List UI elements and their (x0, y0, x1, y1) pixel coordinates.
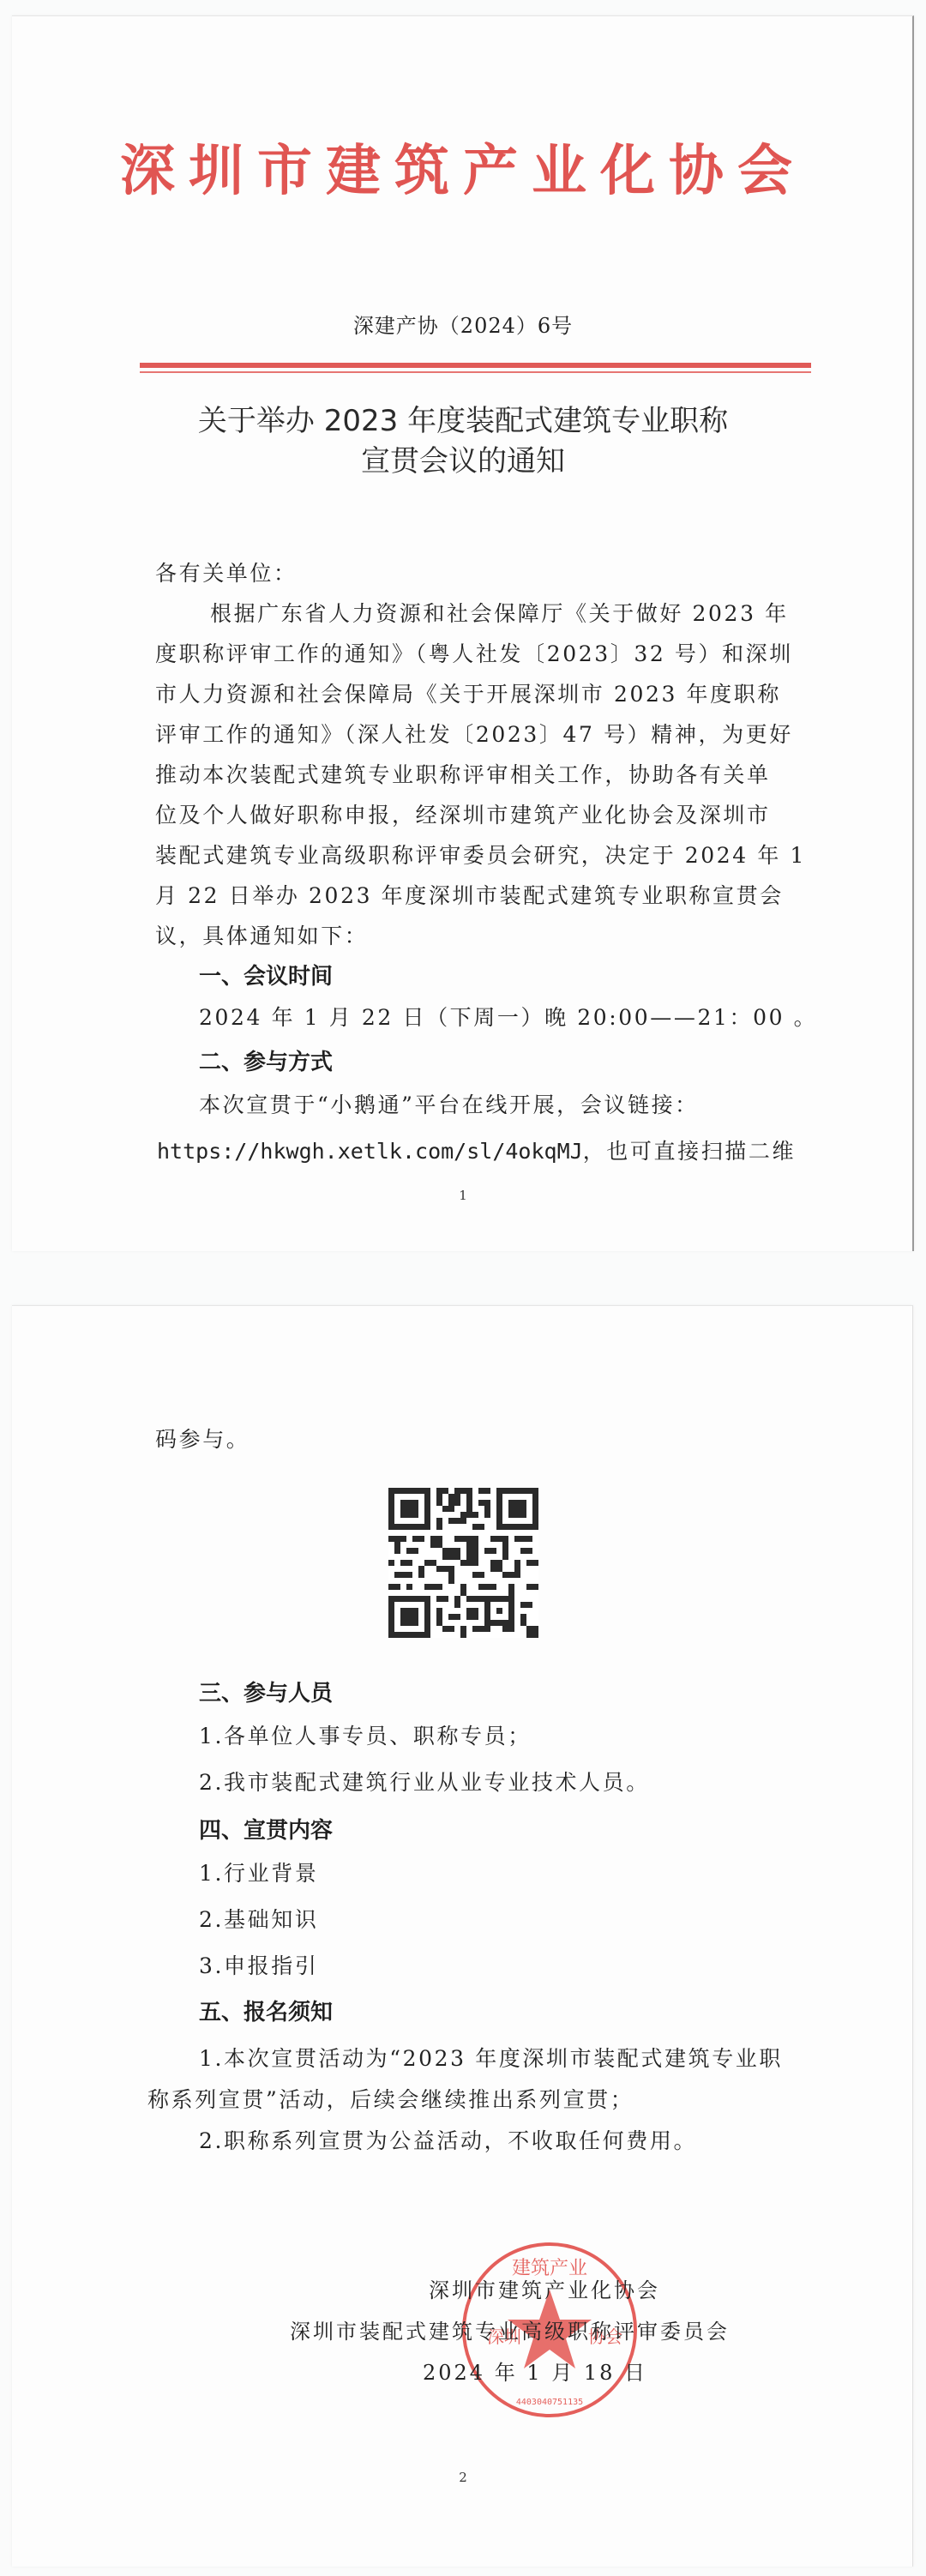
intro-line: 装配式建筑专业高级职称评审委员会研究，决定于 2024 年 1 (155, 841, 806, 870)
intro-line: 度职称评审工作的通知》（粤人社发〔2023〕32 号）和深圳 (155, 640, 793, 669)
content-item: 3.申报指引 (199, 1952, 318, 1981)
qr-code (388, 1488, 538, 1638)
meeting-link[interactable]: https://hkwgh.xetlk.com/sl/4okqMJ (157, 1139, 583, 1164)
section-heading-meeting-time: 一、会议时间 (199, 962, 333, 991)
section-heading-content: 四、宣贯内容 (199, 1816, 333, 1845)
content-item: 2.基础知识 (199, 1905, 318, 1935)
document-title-line-1: 关于举办 2023 年度装配式建筑专业职称 (0, 400, 926, 442)
section-heading-participation: 二、参与方式 (199, 1048, 333, 1077)
svg-text:4403040751135: 4403040751135 (516, 2398, 583, 2407)
intro-line: 市人力资源和社会保障局《关于开展深圳市 2023 年度职称 (155, 680, 781, 709)
participant-item: 2.我市装配式建筑行业从业专业技术人员。 (199, 1768, 650, 1797)
participation-text-continued: 码参与。 (155, 1425, 250, 1454)
section-heading-participants: 三、参与人员 (199, 1679, 333, 1708)
content-item: 1.行业背景 (199, 1859, 318, 1888)
salutation: 各有关单位： (155, 559, 298, 588)
intro-line: 评审工作的通知》（深人社发〔2023〕47 号）精神，为更好 (155, 720, 793, 749)
signature-org-1: 深圳市建筑产业化协会 (429, 2276, 660, 2305)
header-rule-thick (140, 363, 811, 368)
participation-text: 本次宣贯于“小鹅通”平台在线开展，会议链接： (199, 1091, 699, 1120)
signature-date: 2024 年 1 月 18 日 (423, 2358, 647, 2387)
header-rule-thin (140, 371, 811, 373)
meeting-time-text: 2024 年 1 月 22 日（下周一）晚 20:00——21：00 。 (199, 1003, 817, 1032)
document-number: 深建产协（2024）6号 (0, 309, 926, 339)
intro-line: 根据广东省人力资源和社会保障厅《关于做好 2023 年 (210, 599, 789, 629)
intro-line: 月 22 日举办 2023 年度深圳市装配式建筑专业职称宣贯会 (155, 882, 784, 911)
intro-line: 议，具体通知如下： (155, 922, 368, 951)
page-number-2: 2 (0, 2470, 926, 2485)
registration-item: 2.职称系列宣贯为公益活动，不收取任何费用。 (199, 2127, 697, 2156)
participant-item: 1.各单位人事专员、职称专员； (199, 1722, 532, 1751)
document-title-line-2: 宣贯会议的通知 (0, 440, 926, 483)
registration-item: 1.本次宣贯活动为“2023 年度深圳市装配式建筑专业职 (199, 2044, 783, 2073)
meeting-link-line: https://hkwgh.xetlk.com/sl/4okqMJ，也可直接扫描… (157, 1137, 796, 1166)
page-number-1: 1 (0, 1188, 926, 1203)
intro-line: 推动本次装配式建筑专业职称评审相关工作，协助各有关单 (155, 761, 771, 790)
organization-header: 深圳市建筑产业化协会 (0, 137, 926, 206)
intro-line: 位及个人做好职称申报，经深圳市建筑产业化协会及深圳市 (155, 801, 771, 830)
registration-item-continued: 称系列宣贯”活动，后续会继续推出系列宣贯； (147, 2085, 634, 2115)
signature-org-2: 深圳市装配式建筑专业高级职称评审委员会 (290, 2317, 730, 2346)
section-heading-registration: 五、报名须知 (199, 1998, 333, 2027)
meeting-link-suffix: ，也可直接扫描二维 (583, 1139, 796, 1164)
